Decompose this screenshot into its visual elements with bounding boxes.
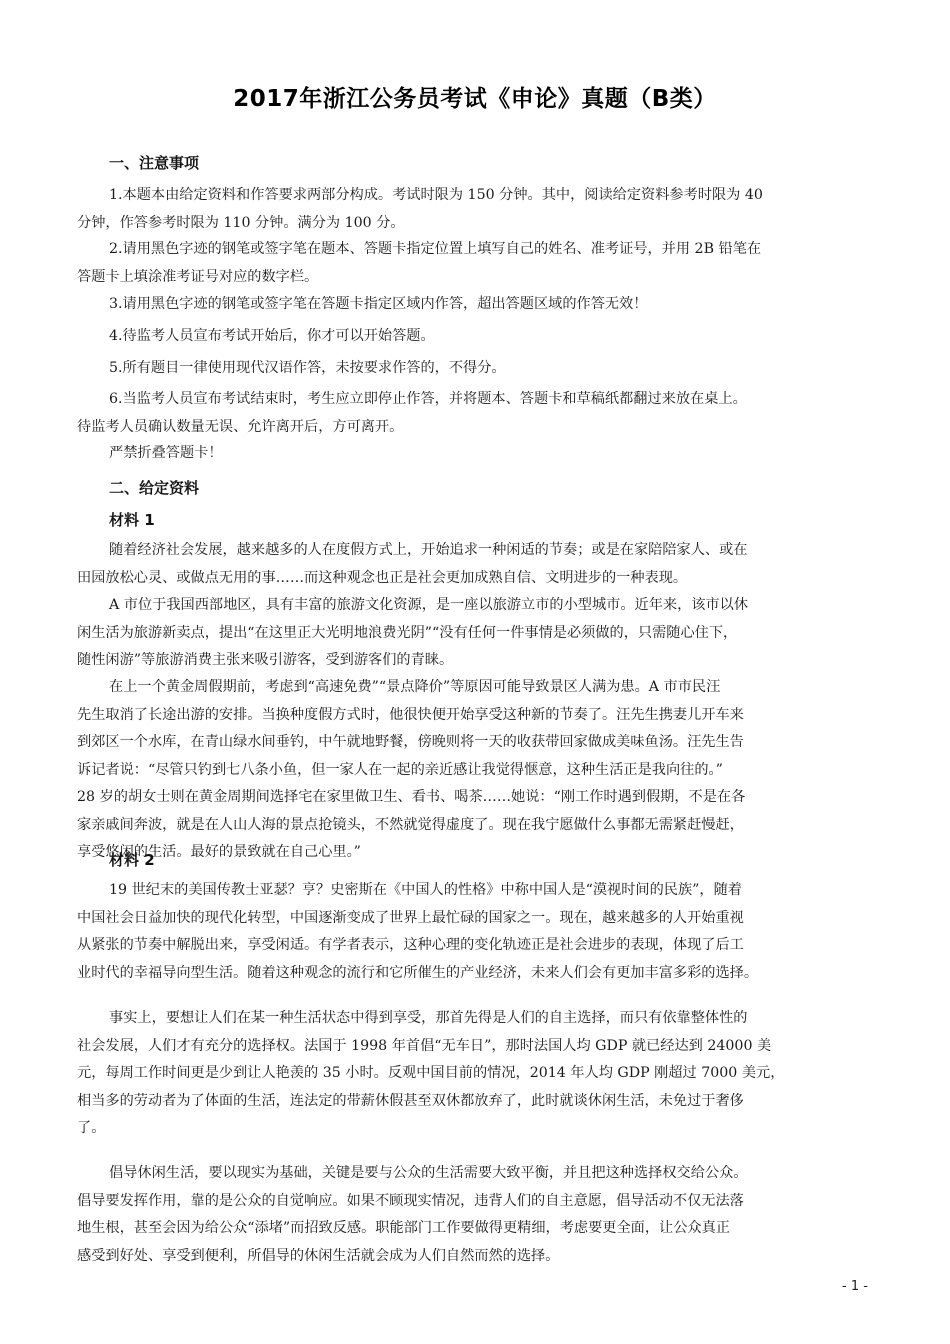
notice-item-3: 3.请用黑色字迹的钢笔或签字笔在答题卡指定区域内作答，超出答题区域的作答无效！ — [77, 291, 877, 319]
text-line: 倡导要发挥作用，靠的是公众的自觉响应。如果不顾现实情况，违背人们的自主意愿，倡导… — [77, 1188, 877, 1216]
notice-item-6: 6.当监考人员宣布考试结束时，考生应立即停止作答，并将题本、答题卡和草稿纸都翻过… — [77, 386, 877, 441]
text-line: 元，每周工作时间更是少到让人艳羡的 35 小时。反观中国目前的情况，2014 年… — [77, 1060, 877, 1088]
text-line: 倡导休闲生活，要以现实为基础，关键是要与公众的生活需要大致平衡，并且把这种选择权… — [77, 1160, 877, 1188]
text-line: A 市位于我国西部地区，具有丰富的旅游文化资源，是一座以旅游立市的小型城市。近年… — [77, 592, 877, 620]
material-2-paragraph-2: 事实上，要想让人们在某一种生活状态中得到享受，那首先得是人们的自主选择，而只有依… — [77, 1005, 877, 1143]
notice-item-4: 4.待监考人员宣布考试开始后，你才可以开始答题。 — [77, 323, 877, 351]
text-line: 6.当监考人员宣布考试结束时，考生应立即停止作答，并将题本、答题卡和草稿纸都翻过… — [77, 386, 877, 414]
text-line: 业时代的幸福导向型生活。随着这种观念的流行和它所催生的产业经济，未来人们会有更加… — [77, 960, 877, 988]
page-number: - 1 - — [842, 1279, 868, 1294]
text-line: 从紧张的节奏中解脱出来，享受闲适。有学者表示，这种心理的变化轨迹正是社会进步的表… — [77, 932, 877, 960]
text-line: 了。 — [77, 1115, 877, 1143]
text-line: 中国社会日益加快的现代化转型，中国逐渐变成了世界上最忙碌的国家之一。现在，越来越… — [77, 905, 877, 933]
text-line: 待监考人员确认数量无误、允许离开后，方可离开。 — [77, 414, 877, 442]
document-page: 2017年浙江公务员考试《申论》真题（B类） 一、注意事项 1.本题本由给定资料… — [0, 0, 950, 1344]
section-heading-notes: 一、注意事项 — [77, 153, 909, 173]
text-line: 严禁折叠答题卡！ — [77, 440, 877, 468]
notice-item-2: 2.请用黑色字迹的钢笔或签字笔在题本、答题卡指定位置上填写自己的姓名、准考证号，… — [77, 236, 877, 291]
text-line: 5.所有题目一律使用现代汉语作答，未按要求作答的，不得分。 — [77, 355, 877, 383]
text-line: 4.待监考人员宣布考试开始后，你才可以开始答题。 — [77, 323, 877, 351]
text-line: 到郊区一个水库，在青山绿水间垂钓，中午就地野餐，傍晚则将一天的收获带回家做成美味… — [77, 729, 877, 757]
text-line: 社会发展，人们才有充分的选择权。法国于 1998 年首倡“无车日”，那时法国人均… — [77, 1033, 877, 1061]
text-line: 3.请用黑色字迹的钢笔或签字笔在答题卡指定区域内作答，超出答题区域的作答无效！ — [77, 291, 877, 319]
text-line: 相当多的劳动者为了体面的生活，连法定的带薪休假甚至双休都放弃了，此时就谈休闲生活… — [77, 1088, 877, 1116]
text-line: 随性闲游”等旅游消费主张来吸引游客，受到游客们的青睐。 — [77, 647, 877, 675]
text-line: 随着经济社会发展，越来越多的人在度假方式上，开始追求一种闲适的节奏；或是在家陪陪… — [77, 537, 877, 565]
material-2-label: 材料 2 — [77, 850, 909, 870]
text-line: 2.请用黑色字迹的钢笔或签字笔在题本、答题卡指定位置上填写自己的姓名、准考证号，… — [77, 236, 877, 264]
text-line: 28 岁的胡女士则在黄金周期间选择宅在家里做卫生、看书、喝茶……她说：“刚工作时… — [77, 784, 877, 812]
text-line: 田园放松心灵、或做点无用的事……而这种观念也正是社会更加成熟自信、文明进步的一种… — [77, 565, 877, 593]
material-1-paragraph-2: A 市位于我国西部地区，具有丰富的旅游文化资源，是一座以旅游立市的小型城市。近年… — [77, 592, 877, 675]
text-line: 1.本题本由给定资料和作答要求两部分构成。考试时限为 150 分钟。其中，阅读给… — [77, 182, 877, 210]
text-line: 在上一个黄金周假期前，考虑到“高速免费”“景点降价”等原因可能导致景区人满为患。… — [77, 674, 877, 702]
text-line: 先生取消了长途出游的安排。当换种度假方式时，他很快便开始享受这种新的节奏了。汪先… — [77, 702, 877, 730]
material-2-paragraph-1: 19 世纪末的美国传教士亚瑟？亨？史密斯在《中国人的性格》中称中国人是“漠视时间… — [77, 877, 877, 987]
section-heading-materials: 二、给定资料 — [77, 478, 909, 498]
text-line: 答题卡上填涂准考证号对应的数字栏。 — [77, 264, 877, 292]
document-title: 2017年浙江公务员考试《申论》真题（B类） — [0, 80, 950, 113]
material-1-label: 材料 1 — [77, 510, 909, 530]
notice-item-1: 1.本题本由给定资料和作答要求两部分构成。考试时限为 150 分钟。其中，阅读给… — [77, 182, 877, 237]
text-line: 地生根，甚至会因为给公众“添堵”而招致反感。职能部门工作要做得更精细，考虑要更全… — [77, 1215, 877, 1243]
text-line: 事实上，要想让人们在某一种生活状态中得到享受，那首先得是人们的自主选择，而只有依… — [77, 1005, 877, 1033]
notice-item-5: 5.所有题目一律使用现代汉语作答，未按要求作答的，不得分。 — [77, 355, 877, 383]
text-line: 闲生活为旅游新卖点，提出“在这里正大光明地浪费光阴”“没有任何一件事情是必须做的… — [77, 620, 877, 648]
text-line: 分钟，作答参考时限为 110 分钟。满分为 100 分。 — [77, 210, 877, 238]
material-2-paragraph-3: 倡导休闲生活，要以现实为基础，关键是要与公众的生活需要大致平衡，并且把这种选择权… — [77, 1160, 877, 1270]
material-1-paragraph-1: 随着经济社会发展，越来越多的人在度假方式上，开始追求一种闲适的节奏；或是在家陪陪… — [77, 537, 877, 592]
text-line: 19 世纪末的美国传教士亚瑟？亨？史密斯在《中国人的性格》中称中国人是“漠视时间… — [77, 877, 877, 905]
material-1-paragraph-3: 在上一个黄金周假期前，考虑到“高速免费”“景点降价”等原因可能导致景区人满为患。… — [77, 674, 877, 867]
notice-warning: 严禁折叠答题卡！ — [77, 440, 877, 468]
text-line: 感受到好处、享受到便利，所倡导的休闲生活就会成为人们自然而然的选择。 — [77, 1243, 877, 1271]
text-line: 诉记者说：“尽管只钓到七八条小鱼，但一家人在一起的亲近感让我觉得惬意，这种生活正… — [77, 757, 877, 785]
text-line: 家亲戚间奔波，就是在人山人海的景点抢镜头，不然就觉得虚度了。现在我宁愿做什么事都… — [77, 812, 877, 840]
